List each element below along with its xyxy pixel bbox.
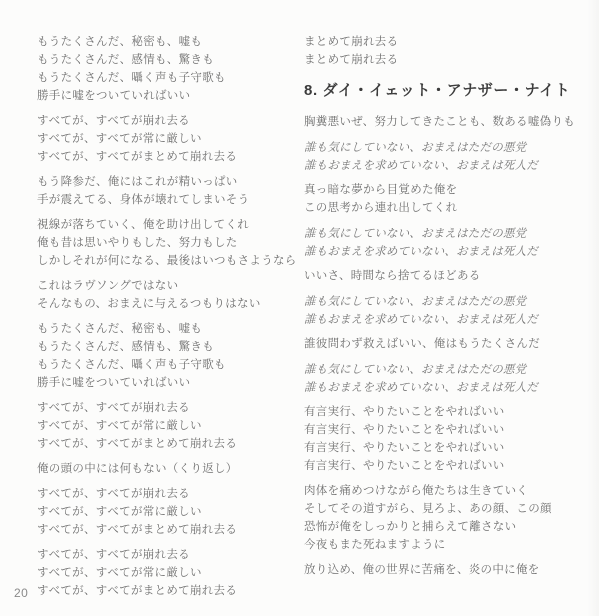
lyric-line: そしてその道すがら、見ろよ、あの顔、この顔 xyxy=(304,500,589,518)
lyrics-stanza: まとめて崩れ去るまとめて崩れ去る xyxy=(304,33,589,69)
lyrics-column-left: もうたくさんだ、秘密も、嘘ももうたくさんだ、感情も、驚きももうたくさんだ、囁く声… xyxy=(37,33,299,607)
lyric-line: まとめて崩れ去る xyxy=(304,51,589,69)
lyrics-stanza: すべてが、すべてが崩れ去るすべてが、すべてが常に厳しいすべてが、すべてがまとめて… xyxy=(37,485,299,539)
lyrics-stanza: 有言実行、やりたいことをやればいい有言実行、やりたいことをやればいい有言実行、や… xyxy=(304,403,589,475)
lyric-line: すべてが、すべてがまとめて崩れ去る xyxy=(37,582,299,600)
lyric-line: もうたくさんだ、感情も、驚きも xyxy=(37,338,299,356)
lyrics-column-right: まとめて崩れ去るまとめて崩れ去る8. ダイ・イェット・アナザー・ナイト胸糞悪いぜ… xyxy=(304,33,589,586)
lyrics-stanza: 胸糞悪いぜ、努力してきたことも、数ある嘘偽りも xyxy=(304,113,589,131)
lyric-line: 誰も気にしていない、おまえはただの悪党 xyxy=(304,292,589,310)
lyric-line: すべてが、すべてがまとめて崩れ去る xyxy=(37,521,299,539)
lyric-line: しかしそれが何になる、最後はいつもさようなら xyxy=(37,252,299,270)
booklet-page: もうたくさんだ、秘密も、嘘ももうたくさんだ、感情も、驚きももうたくさんだ、囁く声… xyxy=(0,0,599,616)
lyrics-stanza: いいさ、時間なら捨てるほどある xyxy=(304,267,589,285)
lyric-line: 誰も気にしていない、おまえはただの悪党 xyxy=(304,138,589,156)
lyric-line: 誰もおまえを求めていない、おまえは死人だ xyxy=(304,378,589,396)
lyric-line: すべてが、すべてが常に厳しい xyxy=(37,130,299,148)
lyrics-stanza: すべてが、すべてが崩れ去るすべてが、すべてが常に厳しいすべてが、すべてがまとめて… xyxy=(37,112,299,166)
lyric-line: 今夜もまた死ねますように xyxy=(304,536,589,554)
lyric-line: これはラヴソングではない xyxy=(37,277,299,295)
lyrics-stanza: 視線が落ちていく、俺を助け出してくれ俺も昔は思いやりもした、努力もしたしかしそれ… xyxy=(37,216,299,270)
lyric-line: すべてが、すべてがまとめて崩れ去る xyxy=(37,435,299,453)
lyric-line: すべてが、すべてが常に厳しい xyxy=(37,417,299,435)
lyric-line: そんなもの、おまえに与えるつもりはない xyxy=(37,295,299,313)
lyrics-stanza: 俺の頭の中には何もない（くり返し） xyxy=(37,460,299,478)
lyric-line: この思考から連れ出してくれ xyxy=(304,199,589,217)
lyrics-stanza: もうたくさんだ、秘密も、嘘ももうたくさんだ、感情も、驚きももうたくさんだ、囁く声… xyxy=(37,33,299,105)
lyric-line: もう降参だ、俺にはこれが精いっぱい xyxy=(37,173,299,191)
lyric-line: 誰も気にしていない、おまえはただの悪党 xyxy=(304,224,589,242)
lyric-line: すべてが、すべてがまとめて崩れ去る xyxy=(37,148,299,166)
lyric-line: 胸糞悪いぜ、努力してきたことも、数ある嘘偽りも xyxy=(304,113,589,131)
lyric-line: 誰もおまえを求めていない、おまえは死人だ xyxy=(304,242,589,260)
lyrics-stanza-refrain: 誰も気にしていない、おまえはただの悪党誰もおまえを求めていない、おまえは死人だ xyxy=(304,292,589,328)
lyrics-stanza: もう降参だ、俺にはこれが精いっぱい手が震えてる、身体が壊れてしまいそう xyxy=(37,173,299,209)
lyric-line: すべてが、すべてが常に厳しい xyxy=(37,564,299,582)
lyrics-stanza: もうたくさんだ、秘密も、嘘ももうたくさんだ、感情も、驚きももうたくさんだ、囁く声… xyxy=(37,320,299,392)
lyric-line: 手が震えてる、身体が壊れてしまいそう xyxy=(37,191,299,209)
lyric-line: すべてが、すべてが常に厳しい xyxy=(37,503,299,521)
lyrics-stanza: 肉体を痛めつけながら俺たちは生きていくそしてその道すがら、見ろよ、あの顔、この顔… xyxy=(304,482,589,554)
lyric-line: 視線が落ちていく、俺を助け出してくれ xyxy=(37,216,299,234)
lyric-line: 有言実行、やりたいことをやればいい xyxy=(304,421,589,439)
lyric-line: 真っ暗な夢から目覚めた俺を xyxy=(304,181,589,199)
lyric-line: すべてが、すべてが崩れ去る xyxy=(37,112,299,130)
lyrics-stanza: 真っ暗な夢から目覚めた俺をこの思考から連れ出してくれ xyxy=(304,181,589,217)
lyric-line: いいさ、時間なら捨てるほどある xyxy=(304,267,589,285)
lyrics-stanza-refrain: 誰も気にしていない、おまえはただの悪党誰もおまえを求めていない、おまえは死人だ xyxy=(304,360,589,396)
lyric-line: もうたくさんだ、秘密も、嘘も xyxy=(37,320,299,338)
lyrics-stanza: すべてが、すべてが崩れ去るすべてが、すべてが常に厳しいすべてが、すべてがまとめて… xyxy=(37,546,299,600)
lyric-line: 放り込め、俺の世界に苦痛を、炎の中に俺を xyxy=(304,561,589,579)
lyric-line: まとめて崩れ去る xyxy=(304,33,589,51)
lyric-line: 誰もおまえを求めていない、おまえは死人だ xyxy=(304,156,589,174)
lyric-line: もうたくさんだ、秘密も、嘘も xyxy=(37,33,299,51)
song-title-heading: 8. ダイ・イェット・アナザー・ナイト xyxy=(304,81,589,101)
lyric-line: 有言実行、やりたいことをやればいい xyxy=(304,439,589,457)
lyrics-stanza-refrain: 誰も気にしていない、おまえはただの悪党誰もおまえを求めていない、おまえは死人だ xyxy=(304,138,589,174)
lyric-line: 俺の頭の中には何もない（くり返し） xyxy=(37,460,299,478)
lyric-line: 誰も気にしていない、おまえはただの悪党 xyxy=(304,360,589,378)
lyrics-stanza: これはラヴソングではないそんなもの、おまえに与えるつもりはない xyxy=(37,277,299,313)
lyric-line: 肉体を痛めつけながら俺たちは生きていく xyxy=(304,482,589,500)
lyric-line: 誰もおまえを求めていない、おまえは死人だ xyxy=(304,310,589,328)
lyric-line: 勝手に嘘をついていればいい xyxy=(37,374,299,392)
lyric-line: 恐怖が俺をしっかりと捕らえて離さない xyxy=(304,518,589,536)
lyric-line: 誰彼問わず救えばいい、俺はもうたくさんだ xyxy=(304,335,589,353)
lyric-line: もうたくさんだ、囁く声も子守歌も xyxy=(37,69,299,87)
lyric-line: 俺も昔は思いやりもした、努力もした xyxy=(37,234,299,252)
lyric-line: すべてが、すべてが崩れ去る xyxy=(37,485,299,503)
lyrics-stanza: 放り込め、俺の世界に苦痛を、炎の中に俺を xyxy=(304,561,589,579)
lyrics-stanza: 誰彼問わず救えばいい、俺はもうたくさんだ xyxy=(304,335,589,353)
lyric-line: 有言実行、やりたいことをやればいい xyxy=(304,457,589,475)
page-number: 20 xyxy=(14,586,28,600)
lyric-line: 勝手に嘘をついていればいい xyxy=(37,87,299,105)
lyric-line: 有言実行、やりたいことをやればいい xyxy=(304,403,589,421)
lyrics-stanza: すべてが、すべてが崩れ去るすべてが、すべてが常に厳しいすべてが、すべてがまとめて… xyxy=(37,399,299,453)
lyric-line: すべてが、すべてが崩れ去る xyxy=(37,546,299,564)
lyrics-stanza-refrain: 誰も気にしていない、おまえはただの悪党誰もおまえを求めていない、おまえは死人だ xyxy=(304,224,589,260)
lyric-line: もうたくさんだ、囁く声も子守歌も xyxy=(37,356,299,374)
lyric-line: すべてが、すべてが崩れ去る xyxy=(37,399,299,417)
lyric-line: もうたくさんだ、感情も、驚きも xyxy=(37,51,299,69)
